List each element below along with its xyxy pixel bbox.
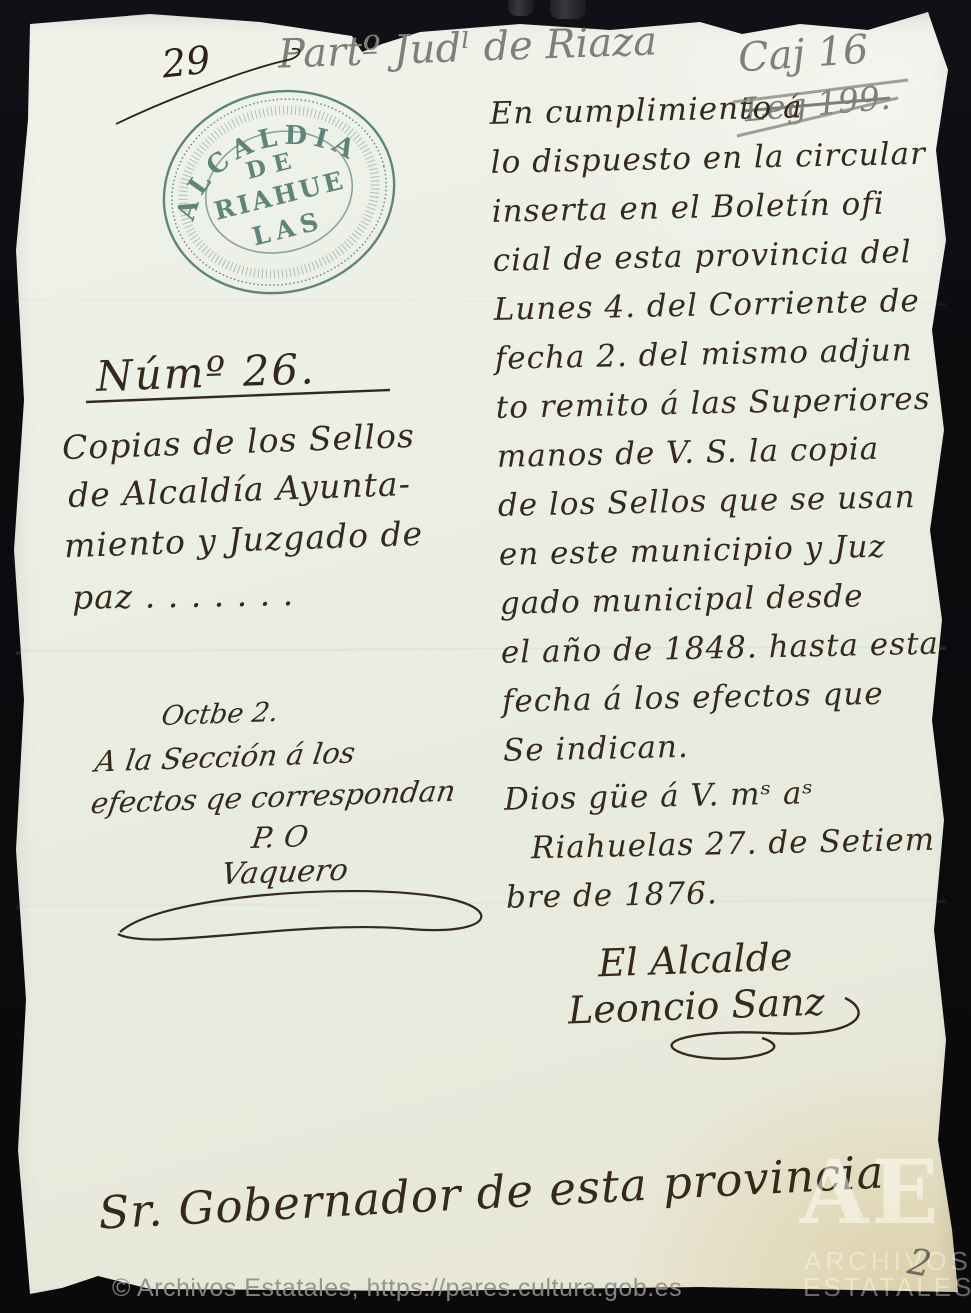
document-scan: 29 Partº Judˡ de Riaza Caj 16 Leg 199. A… (0, 0, 971, 1313)
document-number: Númº 26. (95, 346, 316, 400)
summary-line: paz . . . . . . . (72, 576, 295, 616)
document-clip (550, 0, 586, 19)
document-clip (508, 0, 534, 16)
margin-note-signature: Vaquero (219, 854, 350, 891)
letter-body: En cumplimiento á lo dispuesto en la cir… (489, 87, 968, 929)
box-reference-pencil: Caj 16 (737, 28, 870, 81)
folio-number: 29 (160, 40, 212, 87)
watermark-initials: AE (800, 1140, 941, 1244)
margin-note-line: Octbe 2. (160, 698, 281, 732)
signature-name: Leoncio Sanz (567, 982, 825, 1033)
body-line: bre de 1876. (506, 871, 969, 930)
signature-title: El Alcalde (597, 937, 793, 986)
watermark-line: ESTATALES (803, 1272, 971, 1303)
margin-note-line: P. O (250, 821, 311, 855)
copyright-caption: © Archivos Estatales, https://pares.cult… (112, 1274, 682, 1303)
